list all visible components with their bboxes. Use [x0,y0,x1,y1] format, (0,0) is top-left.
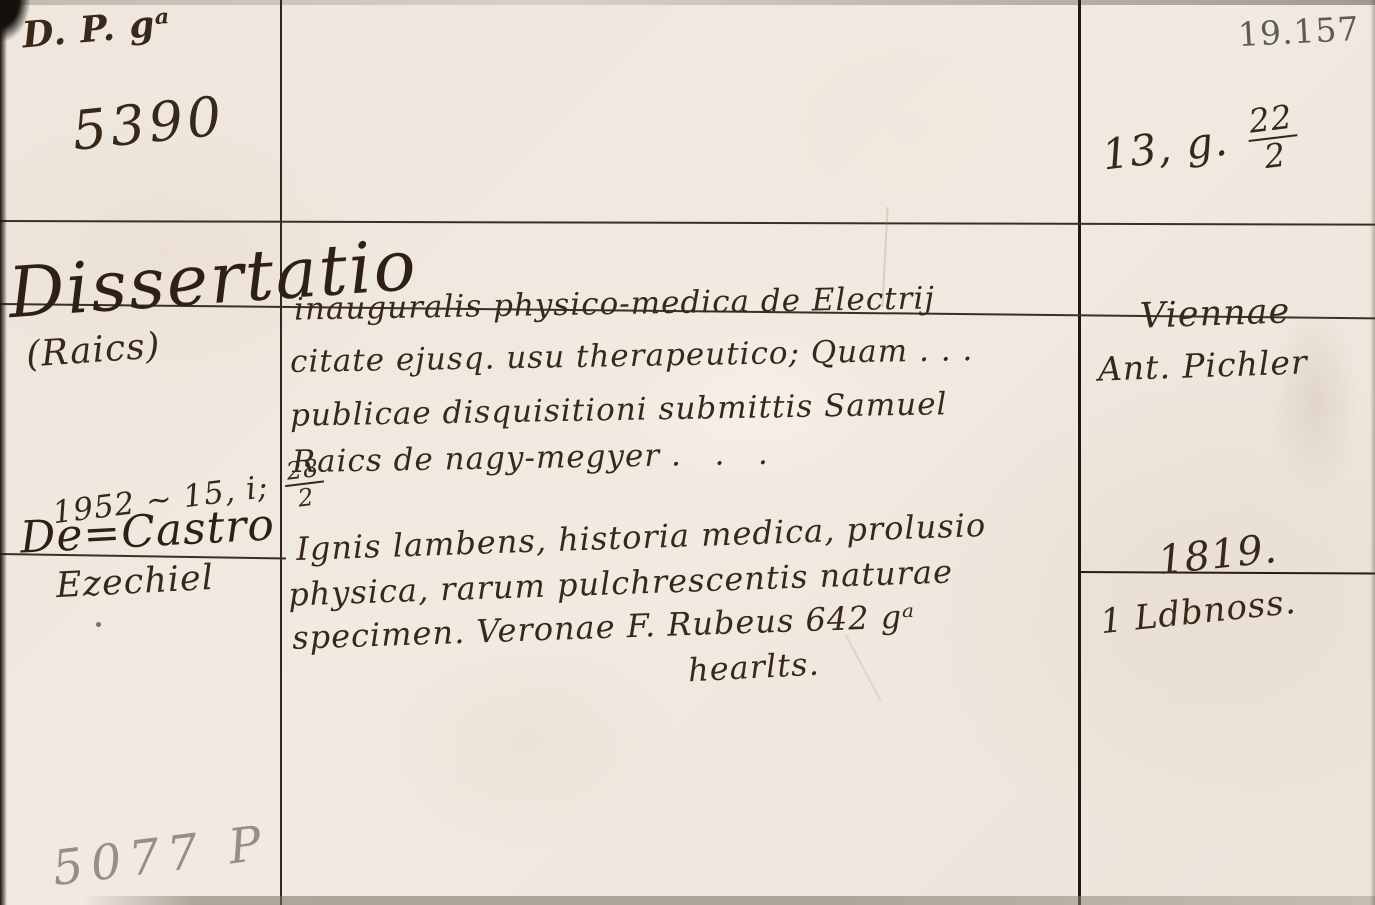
accession-number-pencil: 19.157 [1237,9,1360,54]
entry2-author-forename: Ezechiel [55,558,215,606]
entry1-imprint-publisher: Ant. Pichler [1097,342,1308,388]
date-code: 13, g. 22 2 [1098,100,1301,193]
date-code-text: 13, g. [1099,116,1230,180]
shelf-number: 5390 [69,84,228,163]
pencil-shelf-number: 5077 P [49,815,272,897]
entry2-year: 1819. [1156,526,1280,584]
entry1-title-line-2: citate ejusq. usu therapeutico; Quam . .… [290,332,974,380]
entry2-ref-fraction: 28 2 [282,456,327,513]
date-code-fraction: 22 2 [1244,100,1302,175]
grid-vline-left [280,0,282,905]
grid-vline-right [1078,0,1081,905]
entry2-title-line-4: hearlts. [687,645,820,690]
grid-hline-top [0,220,1375,226]
scan-edge-right [1370,0,1375,905]
entry1-heading-qualifier: (Raics) [25,325,162,375]
entry1-title-line-4: Raics de nagy-megyer . . . [292,436,769,480]
entry1-title-line-3: publicae disquisitioni submittis Samuel [290,386,948,433]
fraction-denominator: 2 [1262,137,1288,173]
class-code: D. P. gᵃ [20,2,172,57]
scan-edge-left [0,0,7,905]
paper-crease-lower [845,634,882,701]
ink-dot [96,622,101,627]
entry2-binding-note: 1 Ldbnoss. [1098,582,1298,642]
scan-edge-bottom [0,896,1375,905]
fraction-denominator: 2 [296,484,315,511]
fraction-numerator: 28 [282,456,324,488]
catalog-card: D. P. gᵃ 5390 19.157 13, g. 22 2 Dissert… [0,0,1375,905]
scan-edge-top [0,0,1375,5]
entry1-imprint-place: Viennae [1139,291,1291,336]
fraction-numerator: 22 [1244,100,1298,142]
